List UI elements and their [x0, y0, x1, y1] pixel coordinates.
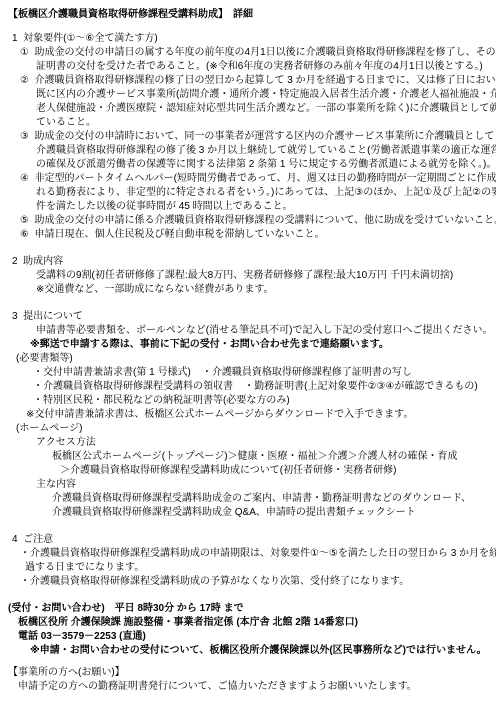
main-contents-line: 介護職員資格取得研修課程受講料助成金 Q&A、申請時の提出書類チェックシート	[8, 506, 496, 520]
section-submission: 3 提出について 申請書等必要書類を、ボールペンなど(消せる筆記具不可)で記入し…	[8, 310, 496, 520]
spacer	[8, 22, 496, 32]
spacer	[8, 589, 496, 602]
subsidy-amount-line: 受講料の9割(初任者研修修了課程:最大8万円、実務者研修修了課程:最大10万円 …	[8, 269, 496, 283]
section-caution-heading: 4 ご注意	[8, 533, 496, 547]
requirement-2-cont: ていること。	[8, 116, 496, 130]
mail-application-note: ※郵送で申請する際は、事前に下記の受付・お問い合わせ先まで連絡願います。	[8, 338, 496, 352]
page-title: 【板橋区介護職員資格取得研修課程受講料助成】 詳細	[8, 8, 496, 22]
contact-heading: (受付・お問い合わせ) 平日 8時30分 から 17時 まで	[8, 602, 496, 616]
employer-request-heading: 【事業所の方へ(お願い)】	[8, 666, 496, 680]
employer-request-line: 申請予定の方への勤務証明書発行について、ご協力いただきますようお願いいたします。	[8, 680, 496, 694]
required-document-item: ・特別区民税・都民税などの納税証明書等(必要な方のみ)	[8, 394, 496, 408]
requirement-2-cont: 既に区内の介護サービス事業所(訪問介護・通所介護・特定施設入居者生活介護・介護老…	[8, 88, 496, 102]
requirement-2-line: ② 介護職員資格取得研修課程の修了日の翌日から起算して 3 か月を経過する日まで…	[8, 74, 496, 88]
requirement-2-cont: 老人保健施設・介護医療院・認知症対応型共同生活介護など。一部の事業所を除く)に介…	[8, 102, 496, 116]
requirement-3-cont: の確保及び派遣労働者の保護等に関する法律第 2 条第 1 号に規定する労働者派遣…	[8, 158, 496, 172]
subsidy-note-line: ※交通費など、一部助成にならない経費があります。	[8, 283, 496, 297]
document-page: 【板橋区介護職員資格取得研修課程受講料助成】 詳細 1 対象要件(①～⑥全て満た…	[0, 0, 500, 707]
employer-request-block: 【事業所の方へ(お願い)】 申請予定の方への勤務証明書発行について、ご協力いただ…	[8, 666, 496, 694]
requirement-4-line: ④ 非定型的パートタイムヘルパー(短時間労働者であって、月、週又は日の勤務時間が…	[8, 172, 496, 186]
section-eligibility-heading: 1 対象要件(①～⑥全て満たす方)	[8, 32, 496, 46]
requirement-1-line: ① 助成金の交付の申請日の属する年度の前年度の4月1日以後に介護職員資格取得研修…	[8, 46, 496, 60]
requirement-4-cont: 件を満たした以後の従事時間が 45 時間以上であること。	[8, 200, 496, 214]
required-document-item: ・介護職員資格取得研修課程受講料の領収書 ・勤務証明書(上記対象要件②③④が確認…	[8, 380, 496, 394]
section-subsidy-amount: 2 助成内容 受講料の9割(初任者研修修了課程:最大8万円、実務者研修修了課程:…	[8, 255, 496, 297]
requirement-5-line: ⑤ 助成金の交付の申請に係る介護職員資格取得研修課程の受講料について、他に助成を…	[8, 214, 496, 228]
requirement-3-cont: 介護職員資格取得研修課程の修了後 3 か月以上継続して就労していること(労働者派…	[8, 144, 496, 158]
requirement-1-cont: 証明書の交付を受けた者であること。(※令和6年度の実務者研修のみ前々年度の4月1…	[8, 60, 496, 74]
submission-instruction: 申請書等必要書類を、ボールペンなど(消せる筆記具不可)で記入し下記の受付窓口へご…	[8, 324, 496, 338]
homepage-label: (ホームページ)	[8, 422, 496, 436]
contact-note-line: ※申請・お問い合わせの受付について、板橋区役所介護保険課以外(区民事務所など)で…	[8, 644, 496, 658]
spacer	[8, 242, 496, 255]
spacer	[8, 520, 496, 533]
contact-office-line: 板橋区役所 介護保険課 施設整備・事業者指定係 (本庁舎 北館 2階 14番窓口…	[8, 616, 496, 630]
access-method-label: アクセス方法	[8, 436, 496, 450]
caution-item: ・介護職員資格取得研修課程受講料助成の申請期限は、対象要件①～⑤を満たした日の翌…	[8, 547, 496, 561]
section-eligibility: 1 対象要件(①～⑥全て満たす方) ① 助成金の交付の申請日の属する年度の前年度…	[8, 32, 496, 242]
homepage-path-cont: ＞介護職員資格取得研修課程受講料助成について(初任者研修・実務者研修)	[8, 464, 496, 478]
required-documents-label: (必要書類等)	[8, 352, 496, 366]
contact-phone-line: 電話 03－3579－2253 (直通)	[8, 630, 496, 644]
section-caution: 4 ご注意 ・介護職員資格取得研修課程受講料助成の申請期限は、対象要件①～⑤を満…	[8, 533, 496, 589]
requirement-3-line: ③ 助成金の交付の申請時において、同一の事業者が運営する区内の介護サービス事業所…	[8, 130, 496, 144]
download-note: ※交付申請書兼請求書は、板橋区公式ホームページからダウンロードで入手できます。	[8, 408, 496, 422]
spacer	[8, 297, 496, 310]
homepage-path-line: 板橋区公式ホームページ(トップページ)＞健康・医療・福祉＞介護＞介護人材の確保・…	[8, 450, 496, 464]
contact-block: (受付・お問い合わせ) 平日 8時30分 から 17時 まで 板橋区役所 介護保…	[8, 602, 496, 658]
section-subsidy-heading: 2 助成内容	[8, 255, 496, 269]
main-contents-label: 主な内容	[8, 478, 496, 492]
main-contents-line: 介護職員資格取得研修課程受講料助成金のご案内、申請書・勤務証明書などのダウンロー…	[8, 492, 496, 506]
caution-item-cont: 過する日までになります。	[8, 561, 496, 575]
spacer	[8, 658, 496, 666]
caution-item: ・介護職員資格取得研修課程受講料助成の予算がなくなり次第、受付終了になります。	[8, 575, 496, 589]
requirement-6-line: ⑥ 申請日現在、個人住民税及び軽自動車税を滞納していないこと。	[8, 228, 496, 242]
requirement-4-cont: れる勤務表により、非定型的に特定される者をいう。)にあっては、上記③のほか、上記…	[8, 186, 496, 200]
section-submission-heading: 3 提出について	[8, 310, 496, 324]
required-document-item: ・交付申請書兼請求書(第 1 号様式) ・介護職員資格取得研修課程修了証明書の写…	[8, 366, 496, 380]
